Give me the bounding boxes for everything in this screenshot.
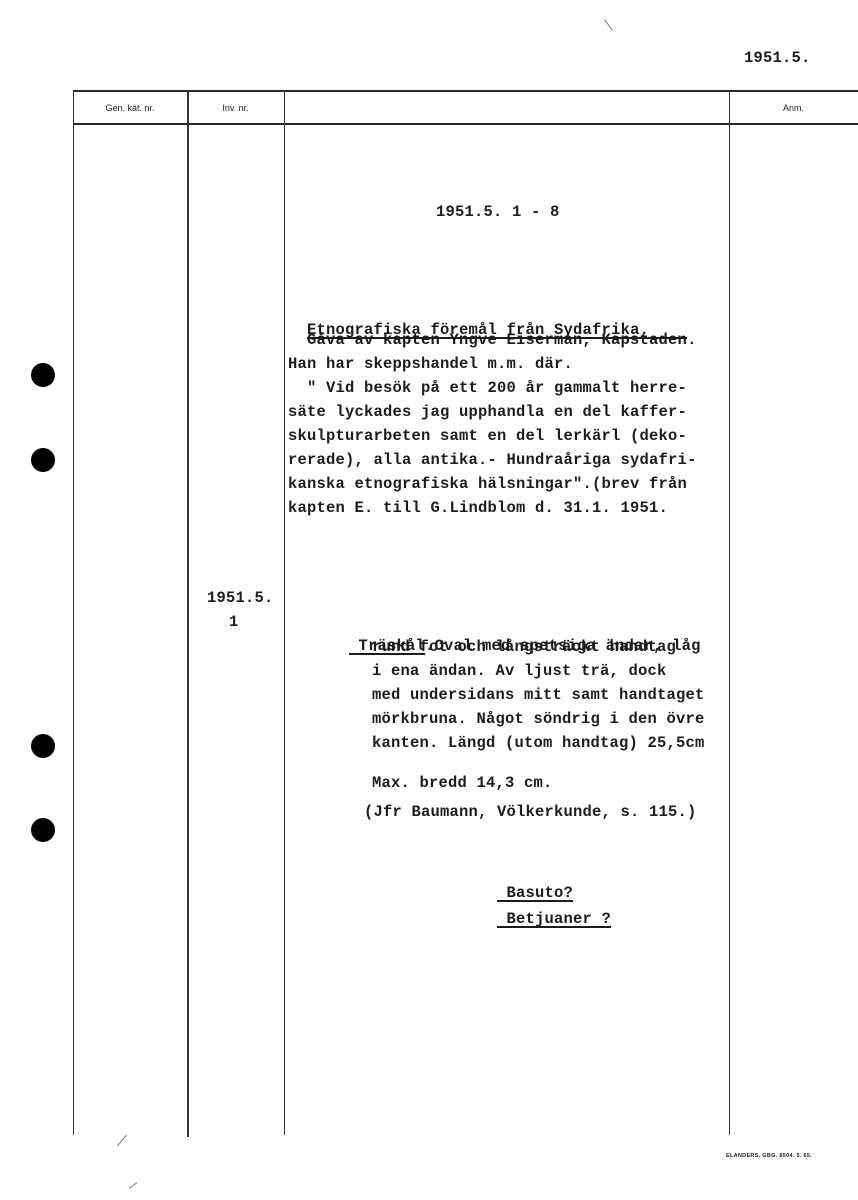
- item-inv-nr: 1951.5.: [207, 586, 274, 610]
- attribution-betjuaner: Betjuaner ?: [478, 883, 611, 931]
- note-line: skulpturarbeten samt en del lerkärl (dek…: [288, 424, 697, 448]
- note-line: säte lyckades jag upphandla en del kaffe…: [288, 400, 697, 424]
- description-line: kanten. Längd (utom handtag) 25,5cm: [372, 731, 705, 755]
- punch-hole: [31, 734, 55, 758]
- note-line: kapten E. till G.Lindblom d. 31.1. 1951.: [288, 496, 697, 520]
- scan-mark: [117, 1135, 127, 1146]
- item-width: Max. bredd 14,3 cm.: [372, 771, 553, 795]
- header-bottom-rule: [73, 123, 858, 125]
- column-divider-gen-inv: [187, 90, 189, 1137]
- note-line: kanska etnografiska hälsningar".(brev fr…: [288, 472, 697, 496]
- punch-hole: [31, 818, 55, 842]
- header-top-rule: [73, 90, 858, 92]
- description-line: i ena ändan. Av ljust trä, dock: [372, 659, 705, 683]
- description-line: rund fot och långsträckt handtag: [372, 635, 705, 659]
- note-line: Han har skeppshandel m.m. där.: [288, 352, 697, 376]
- item-description: rund fot och långsträckt handtag i ena ä…: [372, 635, 705, 755]
- column-border-left: [73, 90, 74, 1135]
- header-gen-kat-nr: Gen. kat. nr.: [73, 103, 187, 113]
- item-reference: (Jfr Baumann, Völkerkunde, s. 115.): [364, 800, 697, 824]
- scan-mark: [129, 1182, 138, 1189]
- description-line: mörkbruna. Något söndrig i den övre: [372, 707, 705, 731]
- item-inv-sub: 1: [229, 610, 239, 634]
- header-anm: Anm.: [729, 103, 858, 113]
- note-line: Gåva av kapten Yngve Eiserman, Kapstaden…: [288, 328, 697, 352]
- punch-hole: [31, 363, 55, 387]
- note-line: rerade), alla antika.- Hundraåriga sydaf…: [288, 448, 697, 472]
- column-divider-main-anm: [729, 90, 730, 1135]
- donation-note: Gåva av kapten Yngve Eiserman, Kapstaden…: [288, 328, 697, 520]
- description-line: med undersidans mitt samt handtaget: [372, 683, 705, 707]
- column-divider-inv-main: [284, 90, 285, 1135]
- scan-mark: [604, 19, 613, 31]
- punch-hole: [31, 448, 55, 472]
- note-line: " Vid besök på ett 200 år gammalt herre-: [288, 376, 697, 400]
- collection-range-title: 1951.5. 1 - 8: [436, 200, 560, 224]
- header-inv-nr: Inv. nr.: [187, 103, 284, 113]
- page-number: 1951.5.: [744, 46, 811, 70]
- printer-mark: ELANDERS. GBG. 8504. 5. 65.: [726, 1153, 812, 1159]
